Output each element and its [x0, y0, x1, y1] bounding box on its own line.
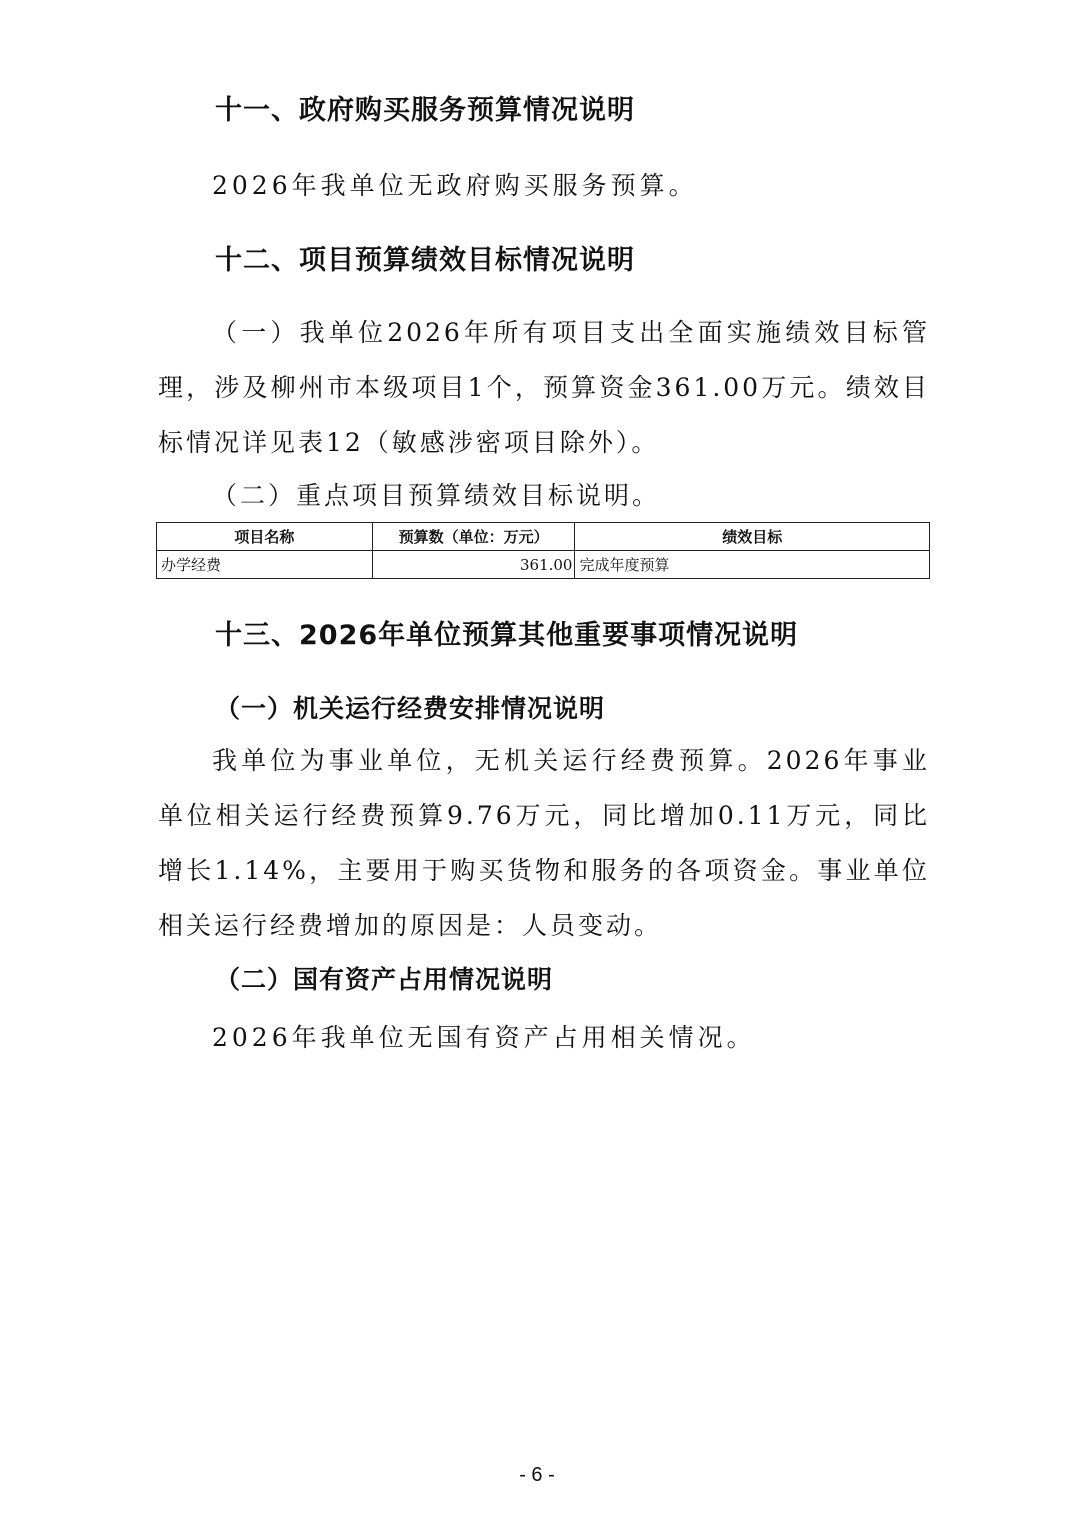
col-header-budget: 预算数（单位：万元） [372, 523, 575, 551]
cell-project-name: 办学经费 [157, 551, 373, 579]
section-12-para-2: （二）重点项目预算绩效目标说明。 [158, 468, 930, 523]
section-13-sub2-body: 2026年我单位无国有资产占用相关情况。 [212, 1018, 756, 1054]
section-11-heading: 十一、政府购买服务预算情况说明 [215, 88, 635, 127]
cell-budget: 361.00 [372, 551, 575, 579]
col-header-goal: 绩效目标 [575, 523, 930, 551]
table-header-row: 项目名称 预算数（单位：万元） 绩效目标 [157, 523, 930, 551]
section-13-sub2-heading: （二）国有资产占用情况说明 [215, 960, 553, 996]
section-12-para-1: （一）我单位2026年所有项目支出全面实施绩效目标管理，涉及柳州市本级项目1个，… [158, 305, 930, 470]
document-page: 十一、政府购买服务预算情况说明 2026年我单位无政府购买服务预算。 十二、项目… [0, 0, 1074, 1520]
section-13-heading: 十三、2026年单位预算其他重要事项情况说明 [215, 613, 798, 652]
table-row: 办学经费 361.00 完成年度预算 [157, 551, 930, 579]
performance-goal-table: 项目名称 预算数（单位：万元） 绩效目标 办学经费 361.00 完成年度预算 [156, 522, 930, 579]
section-13-sub1-heading: （一）机关运行经费安排情况说明 [215, 689, 605, 725]
section-11-body: 2026年我单位无政府购买服务预算。 [212, 166, 698, 202]
cell-goal: 完成年度预算 [575, 551, 930, 579]
page-number: - 6 - [0, 1464, 1074, 1487]
section-12-heading: 十二、项目预算绩效目标情况说明 [215, 238, 635, 277]
section-13-sub1-body: 我单位为事业单位，无机关运行经费预算。2026年事业单位相关运行经费预算9.76… [158, 733, 930, 953]
col-header-project-name: 项目名称 [157, 523, 373, 551]
